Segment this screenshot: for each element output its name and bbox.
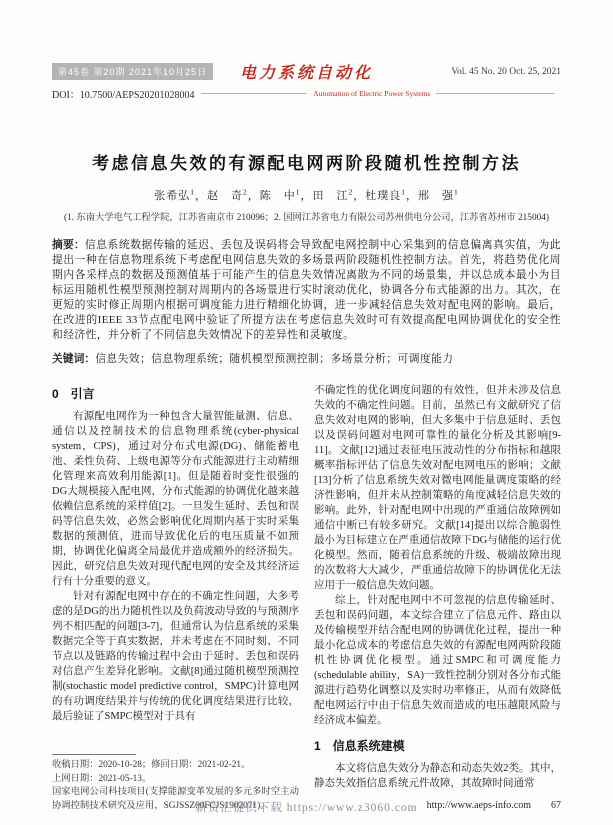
- doi-label: DOI：10.7500/AEPS20201028004: [52, 86, 195, 101]
- journal-logo-chinese: 电力系统自动化: [240, 60, 373, 83]
- paper-page: 第45卷 第20期 2021年10月25日 电力系统自动化 Vol. 45 No…: [0, 0, 613, 825]
- abstract-label: 摘要：: [52, 239, 85, 251]
- abstract-text: 信息系统数据传输的延迟、丢包及误码将会导致配电网控制中心采集到的信息偏离真实值，…: [52, 239, 561, 341]
- body-paragraph: 本文将信息失效分为静态和动态失效2类。其中，静态失效指信息系统元件故障，其故障时…: [314, 761, 561, 791]
- footnote-online-date: 上网日期：2021-05-13。: [52, 773, 299, 787]
- author: 张希弘1: [154, 190, 195, 202]
- author-line: 张希弘1，赵 奇2，陈 中1，田 江2，杜璞良1，邢 强1: [52, 187, 561, 203]
- footnote-rule: [52, 754, 136, 755]
- author: 邢 强1: [418, 190, 459, 202]
- author-separator: ，: [353, 190, 365, 202]
- issue-volume-date-badge: 第45卷 第20期 2021年10月25日: [52, 63, 213, 80]
- author-separator: ，: [406, 190, 418, 202]
- author-name: 杜璞良: [365, 190, 401, 202]
- author-name: 张希弘: [154, 190, 190, 202]
- body-paragraph: 针对有源配电网中存在的不确定性问题，大多考虑的是DG的出力随机性以及负荷波动导致…: [52, 589, 299, 724]
- author-affiliation-sup: 1: [454, 187, 459, 196]
- right-column: 不确定性的优化调度问题的有效性，但并未涉及信息失效的不确定性问题。目前，虽然已有…: [314, 383, 561, 813]
- body-paragraph: 有源配电网作为一种包含大量智能量测、信息、通信以及控制技术的信息物理系统(cyb…: [52, 409, 299, 589]
- keywords-line: 关键词：信息失效；信息物理系统；随机模型预测控制；多场景分析；可调度能力: [52, 352, 561, 367]
- section-heading-0: 0 引言: [52, 385, 299, 402]
- section-heading-1: 1 信息系统建模: [314, 737, 561, 754]
- download-watermark: 新资汇提供下载 https://www.z3060.com: [0, 799, 613, 815]
- author: 田 江2: [313, 190, 354, 202]
- author: 杜璞良1: [365, 190, 406, 202]
- author-name: 田 江: [313, 190, 349, 202]
- author-separator: ，: [248, 190, 260, 202]
- left-column: 0 引言 有源配电网作为一种包含大量智能量测、信息、通信以及控制技术的信息物理系…: [52, 383, 299, 813]
- journal-name-english: Automation of Electric Power Systems: [313, 89, 430, 98]
- author-separator: ，: [195, 190, 207, 202]
- author-name: 邢 强: [418, 190, 454, 202]
- keywords-label: 关键词：: [52, 353, 95, 365]
- two-column-body: 0 引言 有源配电网作为一种包含大量智能量测、信息、通信以及控制技术的信息物理系…: [52, 383, 561, 813]
- paper-title: 考虑信息失效的有源配电网两阶段随机性控制方法: [52, 149, 561, 174]
- author-separator: ，: [301, 190, 313, 202]
- author-name: 赵 奇: [207, 190, 243, 202]
- affiliation-line: (1. 东南大学电气工程学院，江苏省南京市 210096；2. 国网江苏省电力有…: [52, 209, 561, 223]
- author-name: 陈 中: [260, 190, 296, 202]
- abstract-paragraph: 摘要：信息系统数据传输的延迟、丢包及误码将会导致配电网控制中心采集到的信息偏离真…: [52, 238, 561, 343]
- header-rule-left: [201, 93, 308, 94]
- volume-issue-date-en: Vol. 45 No. 20 Oct. 25, 2021: [451, 67, 561, 77]
- footnote-received-date: 收稿日期：2020-10-28；修回日期：2021-02-21。: [52, 759, 299, 773]
- author: 赵 奇2: [207, 190, 248, 202]
- body-paragraph: 综上，针对配电网中不可忽视的信息传输延时、丢包和误码问题，本文综合建立了信息元件…: [314, 593, 561, 728]
- journal-header: 第45卷 第20期 2021年10月25日 电力系统自动化 Vol. 45 No…: [52, 60, 561, 101]
- keywords-text: 信息失效；信息物理系统；随机模型预测控制；多场景分析；可调度能力: [95, 353, 453, 365]
- author: 陈 中1: [260, 190, 301, 202]
- body-paragraph: 不确定性的优化调度问题的有效性，但并未涉及信息失效的不确定性问题。目前，虽然已有…: [314, 383, 561, 593]
- header-rule-right: [436, 93, 555, 94]
